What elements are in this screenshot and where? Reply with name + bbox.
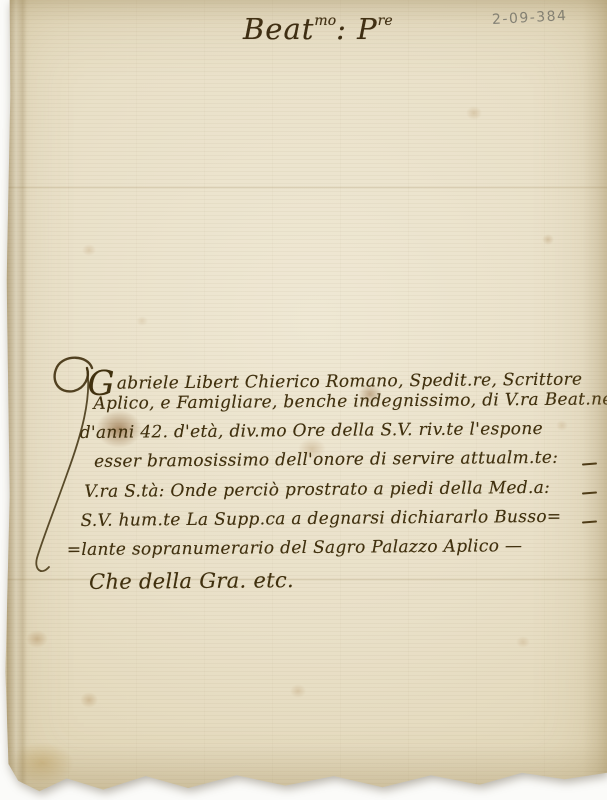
page-shadow: 2-09-384 Beatmo: Pre Gabriele Libert Chi…	[0, 0, 607, 800]
paper-vignette	[0, 0, 607, 800]
photo-background: 2-09-384 Beatmo: Pre Gabriele Libert Chi…	[0, 0, 607, 800]
manuscript-page: 2-09-384 Beatmo: Pre Gabriele Libert Chi…	[0, 0, 607, 800]
